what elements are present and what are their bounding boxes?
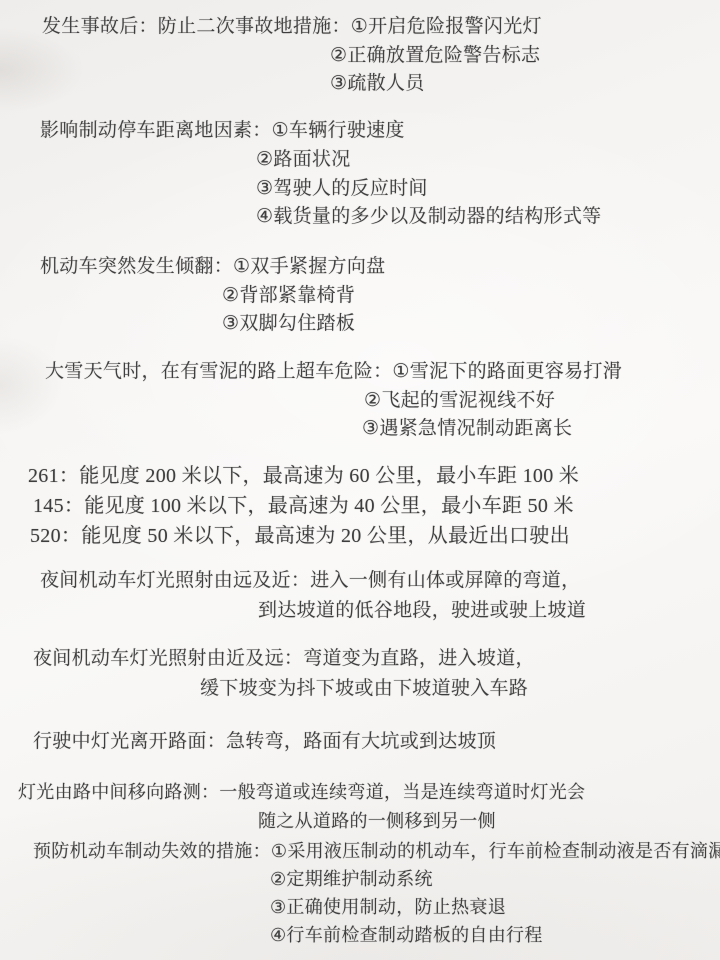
- note-line: ③疏散人员: [330, 71, 425, 97]
- note-line: ④行车前检查制动踏板的自由行程: [270, 922, 543, 948]
- note-line: 行驶中灯光离开路面：急转弯，路面有大坑或到达坡顶: [33, 729, 496, 755]
- note-line: 灯光由路中间移向路测：一般弯道或连续弯道，当是连续弯道时灯光会: [18, 779, 585, 805]
- note-line: ③正确使用制动，防止热衰退: [270, 894, 506, 920]
- notes-text-layer: 发生事故后：防止二次事故地措施：①开启危险报警闪光灯 ②正确放置危险警告标志 ③…: [0, 0, 720, 960]
- note-line: ③驾驶人的反应时间: [256, 176, 428, 202]
- note-line: 随之从道路的一侧移到另一侧: [258, 808, 496, 834]
- note-line: 缓下坡变为抖下坡或由下坡道驶入车路: [200, 676, 528, 702]
- note-line: 大雪天气时，在有雪泥的路上超车危险：①雪泥下的路面更容易打滑: [45, 359, 622, 385]
- note-line: 预防机动车制动失效的措施：①采用液压制动的机动车，行车前检查制动液是否有滴漏: [33, 838, 720, 864]
- note-line: 145：能见度 100 米以下，最高速为 40 公里，最小车距 50 米: [33, 493, 574, 519]
- notes-page: 发生事故后：防止二次事故地措施：①开启危险报警闪光灯 ②正确放置危险警告标志 ③…: [0, 0, 720, 960]
- note-line: ③双脚勾住踏板: [222, 311, 355, 337]
- note-line: ②路面状况: [256, 147, 351, 173]
- note-line: ②飞起的雪泥视线不好: [364, 388, 555, 414]
- note-line: 影响制动停车距离地因素：①车辆行驶速度: [40, 118, 405, 144]
- note-line: 520：能见度 50 米以下，最高速为 20 公里，从最近出口驶出: [30, 523, 570, 549]
- note-line: 机动车突然发生倾翻：①双手紧握方向盘: [40, 254, 385, 280]
- note-line: ④载货量的多少以及制动器的结构形式等: [256, 204, 601, 230]
- note-line: 到达坡道的低谷地段，驶进或驶上坡道: [258, 598, 586, 624]
- note-line: ②定期维护制动系统: [270, 866, 433, 892]
- note-line: ②正确放置危险警告标志: [330, 43, 540, 69]
- note-line: 夜间机动车灯光照射由近及远：弯道变为直路，进入坡道，: [33, 646, 535, 672]
- note-line: ②背部紧靠椅背: [222, 283, 355, 309]
- note-line: 261：能见度 200 米以下，最高速为 60 公里，最小车距 100 米: [28, 463, 579, 489]
- note-line: 夜间机动车灯光照射由远及近：进入一侧有山体或屏障的弯道，: [40, 568, 580, 594]
- note-line: 发生事故后：防止二次事故地措施：①开启危险报警闪光灯: [42, 14, 542, 40]
- note-line: ③遇紧急情况制动距离长: [362, 416, 572, 442]
